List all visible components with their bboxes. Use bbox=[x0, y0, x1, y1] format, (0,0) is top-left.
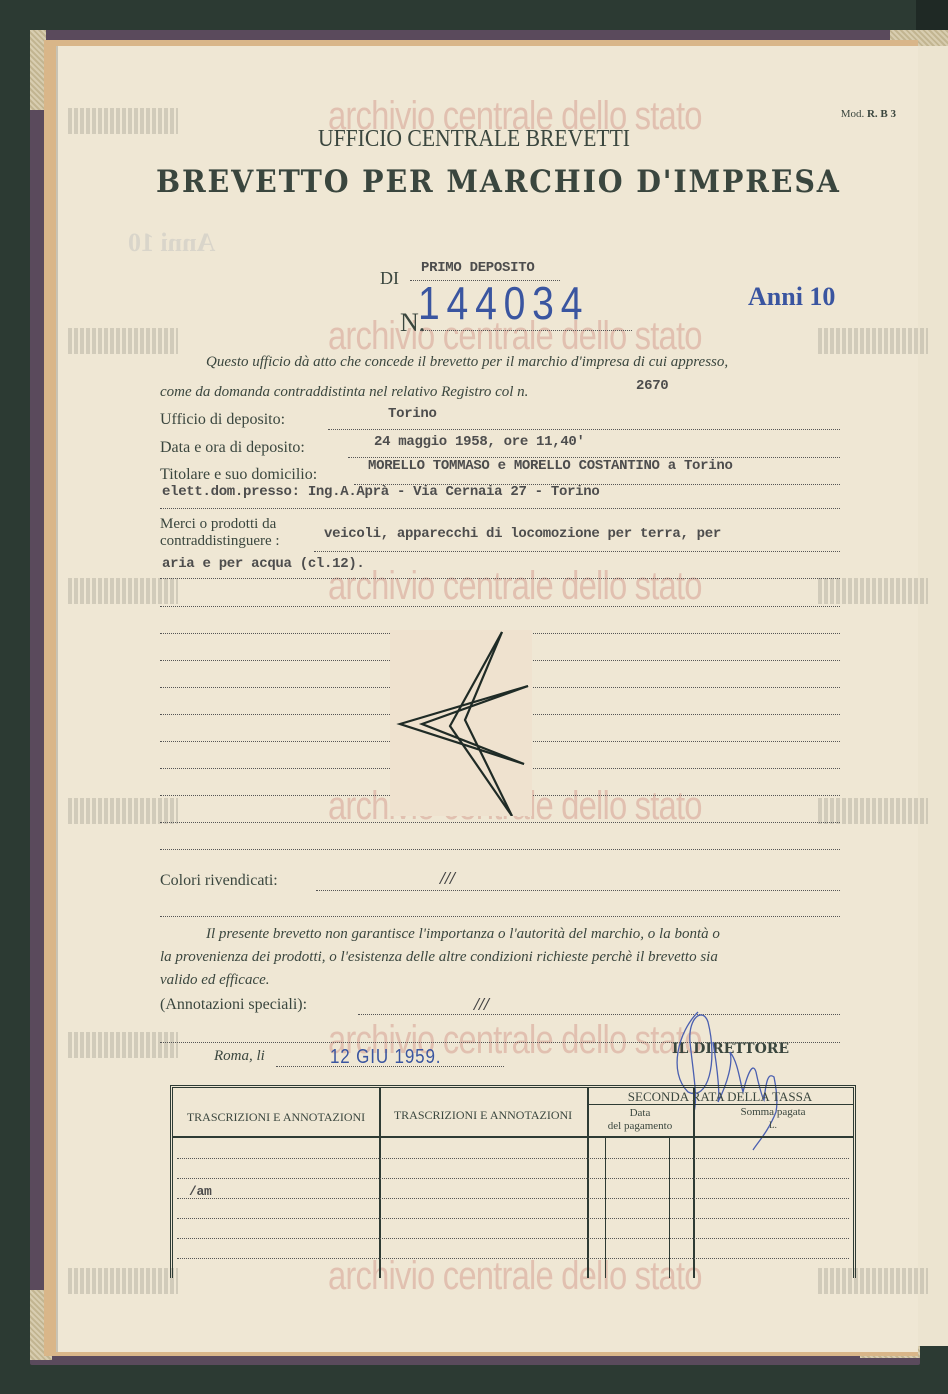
subheader-sum-2: L. bbox=[693, 1120, 853, 1130]
document-page: archivio centrale dello stato archivio c… bbox=[56, 46, 918, 1352]
archive-barcode-mark bbox=[818, 328, 928, 354]
di-label: DI bbox=[380, 268, 399, 289]
archive-barcode-mark bbox=[818, 578, 928, 604]
arrow-chevron-logo-icon bbox=[390, 630, 532, 816]
bleed-through-text: Anni 10 bbox=[128, 228, 215, 258]
annotazioni-label: (Annotazioni speciali): bbox=[160, 996, 307, 1014]
dotted-line bbox=[160, 822, 840, 823]
merci-value-2: aria e per acqua (cl.12). bbox=[162, 556, 365, 572]
duration: Anni 10 bbox=[748, 282, 835, 312]
archive-barcode-mark bbox=[68, 108, 178, 134]
colori-value: /// bbox=[440, 868, 455, 889]
dotted-line bbox=[420, 330, 632, 331]
dotted-line bbox=[316, 890, 840, 891]
table-row-line bbox=[177, 1158, 849, 1159]
model-code-value: R. B 3 bbox=[867, 108, 896, 120]
transcriptions-table: TRASCRIZIONI E ANNOTAZIONI TRASCRIZIONI … bbox=[170, 1085, 856, 1278]
table-row-line bbox=[177, 1258, 849, 1259]
table-row-line bbox=[177, 1218, 849, 1219]
titolare-value: MORELLO TOMMASO e MORELLO COSTANTINO a T… bbox=[368, 458, 733, 474]
dotted-line bbox=[160, 508, 840, 509]
next-page-edge bbox=[916, 46, 948, 1346]
merci-label-2: contraddistinguere : bbox=[160, 533, 280, 550]
column-header-1: TRASCRIZIONI E ANNOTAZIONI bbox=[173, 1110, 379, 1125]
model-code-prefix: Mod. bbox=[841, 108, 865, 120]
disclaimer-line-3: valido ed efficace. bbox=[160, 972, 270, 989]
column-divider bbox=[669, 1138, 670, 1278]
dotted-line bbox=[160, 606, 840, 607]
model-code: Mod. R. B 3 bbox=[841, 108, 896, 120]
titolare-value-2: elett.dom.presso: Ing.A.Aprà - Via Cerna… bbox=[162, 484, 599, 500]
column-header-2: TRASCRIZIONI E ANNOTAZIONI bbox=[379, 1108, 587, 1123]
document-title: BREVETTO PER MARCHIO D'IMPRESA bbox=[156, 164, 841, 200]
subheader-sum-1: Somma pagata bbox=[693, 1106, 853, 1118]
titolare-label: Titolare e suo domicilio: bbox=[160, 466, 317, 484]
data-label: Data e ora di deposito: bbox=[160, 439, 305, 457]
disclaimer-line-1: Il presente brevetto non garantisce l'im… bbox=[206, 926, 720, 943]
archive-barcode-mark bbox=[818, 798, 928, 824]
ufficio-label: Ufficio di deposito: bbox=[160, 411, 285, 429]
archive-barcode-mark bbox=[68, 798, 178, 824]
trademark-image bbox=[390, 630, 532, 816]
table-row-line bbox=[177, 1198, 849, 1199]
patent-number: 144034 bbox=[418, 276, 589, 330]
table-entry: /am bbox=[189, 1184, 212, 1199]
header-bottom-rule bbox=[173, 1136, 853, 1138]
ufficio-value: Torino bbox=[388, 406, 437, 422]
merci-label-1: Merci o prodotti da bbox=[160, 516, 276, 533]
dotted-line bbox=[160, 578, 840, 579]
column-divider bbox=[605, 1138, 606, 1278]
intro-line-1: Questo ufficio dà atto che concede il br… bbox=[206, 354, 728, 371]
table-row-line bbox=[177, 1238, 849, 1239]
annotazioni-value: /// bbox=[474, 994, 489, 1015]
watermark: archivio centrale dello stato bbox=[328, 564, 702, 609]
register-number: 2670 bbox=[636, 378, 668, 394]
archive-barcode-mark bbox=[68, 1032, 178, 1058]
subheader-date-1: Data bbox=[587, 1107, 693, 1119]
deposit-type: PRIMO DEPOSITO bbox=[421, 260, 534, 276]
data-value: 24 maggio 1958, ore 11,40' bbox=[374, 434, 585, 450]
subheader-date-2: del pagamento bbox=[587, 1120, 693, 1132]
table-row-line bbox=[177, 1178, 849, 1179]
office-title: UFFICIO CENTRALE BREVETTI bbox=[318, 126, 630, 153]
archive-barcode-mark bbox=[68, 328, 178, 354]
dotted-line bbox=[328, 429, 840, 430]
date-stamp: 12 GIU 1959. bbox=[330, 1046, 441, 1069]
colori-label: Colori rivendicati: bbox=[160, 872, 278, 890]
merci-value: veicoli, apparecchi di locomozione per t… bbox=[324, 526, 721, 542]
archive-barcode-mark bbox=[68, 1268, 178, 1294]
archive-barcode-mark bbox=[68, 578, 178, 604]
dotted-line bbox=[160, 849, 840, 850]
book-spine bbox=[916, 0, 948, 30]
dotted-line bbox=[314, 551, 840, 552]
disclaimer-line-2: la provenienza dei prodotti, o l'esisten… bbox=[160, 949, 718, 966]
place-label: Roma, li bbox=[214, 1048, 265, 1065]
column-group-header: SECONDA RATA DELLA TASSA bbox=[587, 1089, 853, 1105]
intro-line-2: come da domanda contraddistinta nel rela… bbox=[160, 384, 528, 401]
dotted-line bbox=[160, 916, 840, 917]
